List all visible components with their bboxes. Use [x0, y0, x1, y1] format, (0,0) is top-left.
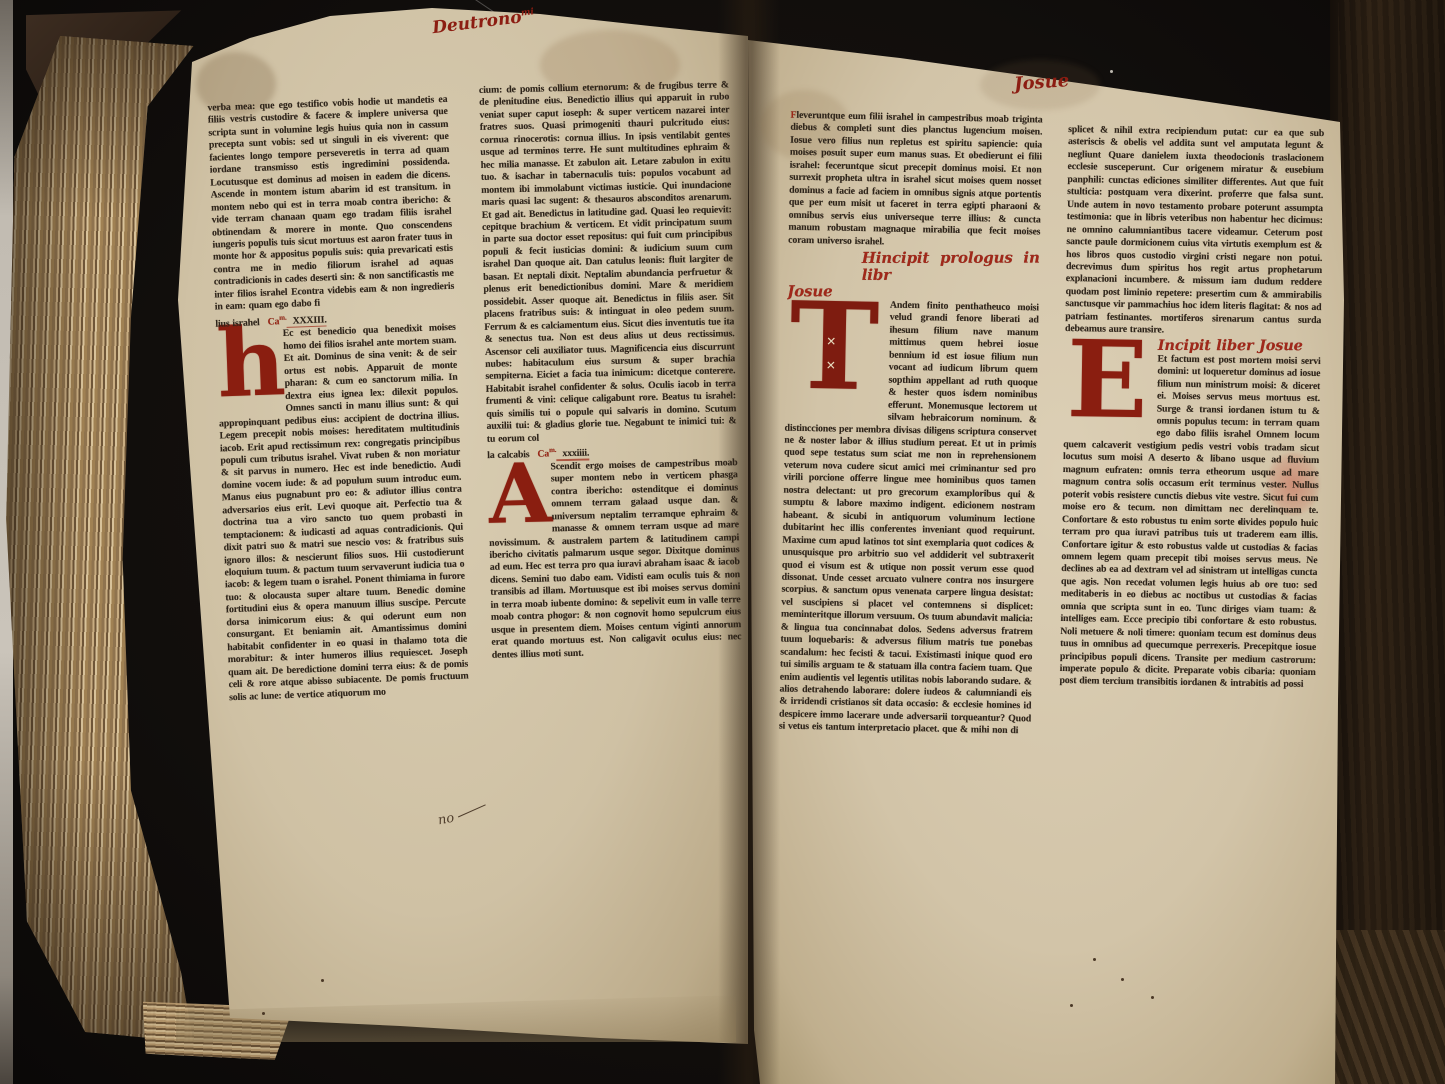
incipit-rubric-line: Hincipit prologus in libr — [862, 250, 1040, 284]
chapter-abbreviation: Cam. — [259, 316, 286, 328]
body-text-block: splicet & nihil extra recipiendum putat:… — [1065, 124, 1324, 340]
body-text-block: Fleveruntque eum filii israhel in campes… — [788, 110, 1043, 252]
ink-speck — [1093, 958, 1096, 961]
chapter-rubric-pre: la calcabis — [487, 449, 529, 461]
chapter-opening-block: AScendit ergo moises de campestribus moa… — [487, 457, 741, 662]
chapter-opening-block: EIncipit liber JosueEt factum est post m… — [1059, 336, 1321, 692]
body-text-block: cium: de pomis collium eternorum: & de f… — [479, 79, 737, 446]
right-board-lower-texture — [1334, 930, 1445, 1084]
right-board-texture — [1338, 0, 1445, 1084]
illuminated-initial-H: h — [216, 332, 281, 406]
photo-of-open-incunabula-bible: Deutronomi Josue verba mea: que ego test… — [0, 0, 1445, 1084]
right-page-column-1: Fleveruntque eum filii israhel in campes… — [775, 110, 1042, 915]
chapter-rubric-pre: lius israhel — [215, 317, 260, 330]
illuminated-initial-E: E — [1063, 339, 1150, 436]
incipit-rubric: Incipit liber Josue — [1065, 338, 1321, 353]
ink-speck — [1151, 996, 1154, 999]
body-text-block: verba mea: que ego testifico vobis hodie… — [207, 94, 455, 314]
margin-annotation-text: no — [437, 811, 456, 829]
ink-speck — [262, 1012, 265, 1015]
left-page-column-1: verba mea: que ego testifico vobis hodie… — [207, 94, 476, 908]
running-header-text: Josue — [1013, 70, 1070, 95]
right-page-column-2: splicet & nihil extra recipiendum putat:… — [1056, 124, 1324, 924]
ink-speck — [1121, 978, 1124, 981]
dust-speck — [1110, 70, 1113, 73]
running-header-superscript: mi — [520, 7, 534, 19]
chapter-opening-block: hEc est benedicio qua benedixit moises h… — [216, 322, 470, 704]
running-header-joshua: Josue — [1013, 70, 1070, 95]
margin-annotation: no — [437, 811, 456, 829]
ink-speck — [1070, 1004, 1073, 1007]
ink-speck — [321, 979, 324, 982]
chapter-opening-block: TAndem finito penthatheuco moisi velud g… — [779, 298, 1039, 739]
left-page-column-2: cium: de pomis collium eternorum: & de f… — [479, 79, 747, 896]
illuminated-initial-T: T — [785, 301, 883, 415]
rubricated-capital: F — [790, 110, 796, 121]
chapter-abbreviation: Cam. — [529, 449, 556, 461]
illuminated-initial-A: A — [487, 464, 547, 533]
